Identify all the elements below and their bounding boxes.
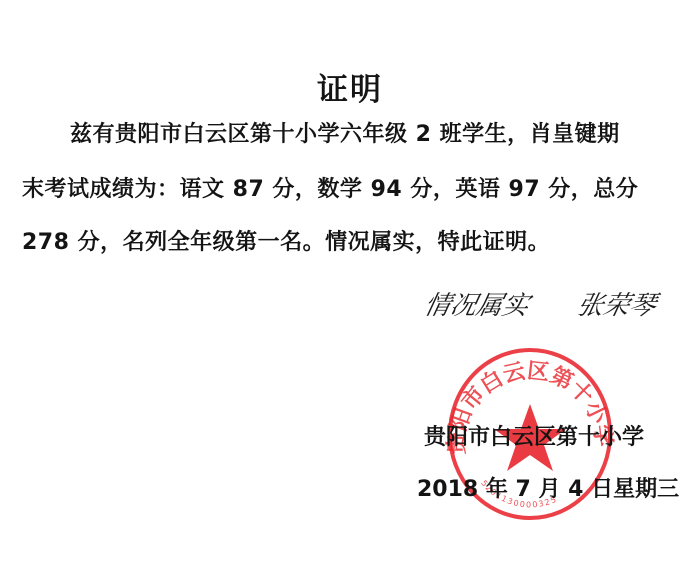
handwritten-signature: 张荣琴 bbox=[574, 285, 660, 322]
document-title: 证明 bbox=[0, 64, 700, 109]
issue-date: 2018 年 7 月 4 日星期三 bbox=[417, 472, 679, 503]
body-line-2: 末考试成绩为：语文 87 分，数学 94 分，英语 97 分，总分 bbox=[22, 172, 638, 203]
body-line-3: 278 分，名列全年级第一名。情况属实，特此证明。 bbox=[22, 225, 550, 256]
issuer-name: 贵阳市白云区第十小学 bbox=[424, 420, 644, 451]
handwritten-note: 情况属实 bbox=[421, 285, 533, 322]
body-line-1: 兹有贵阳市白云区第十小学六年级 2 班学生，肖皇键期 bbox=[70, 117, 620, 148]
